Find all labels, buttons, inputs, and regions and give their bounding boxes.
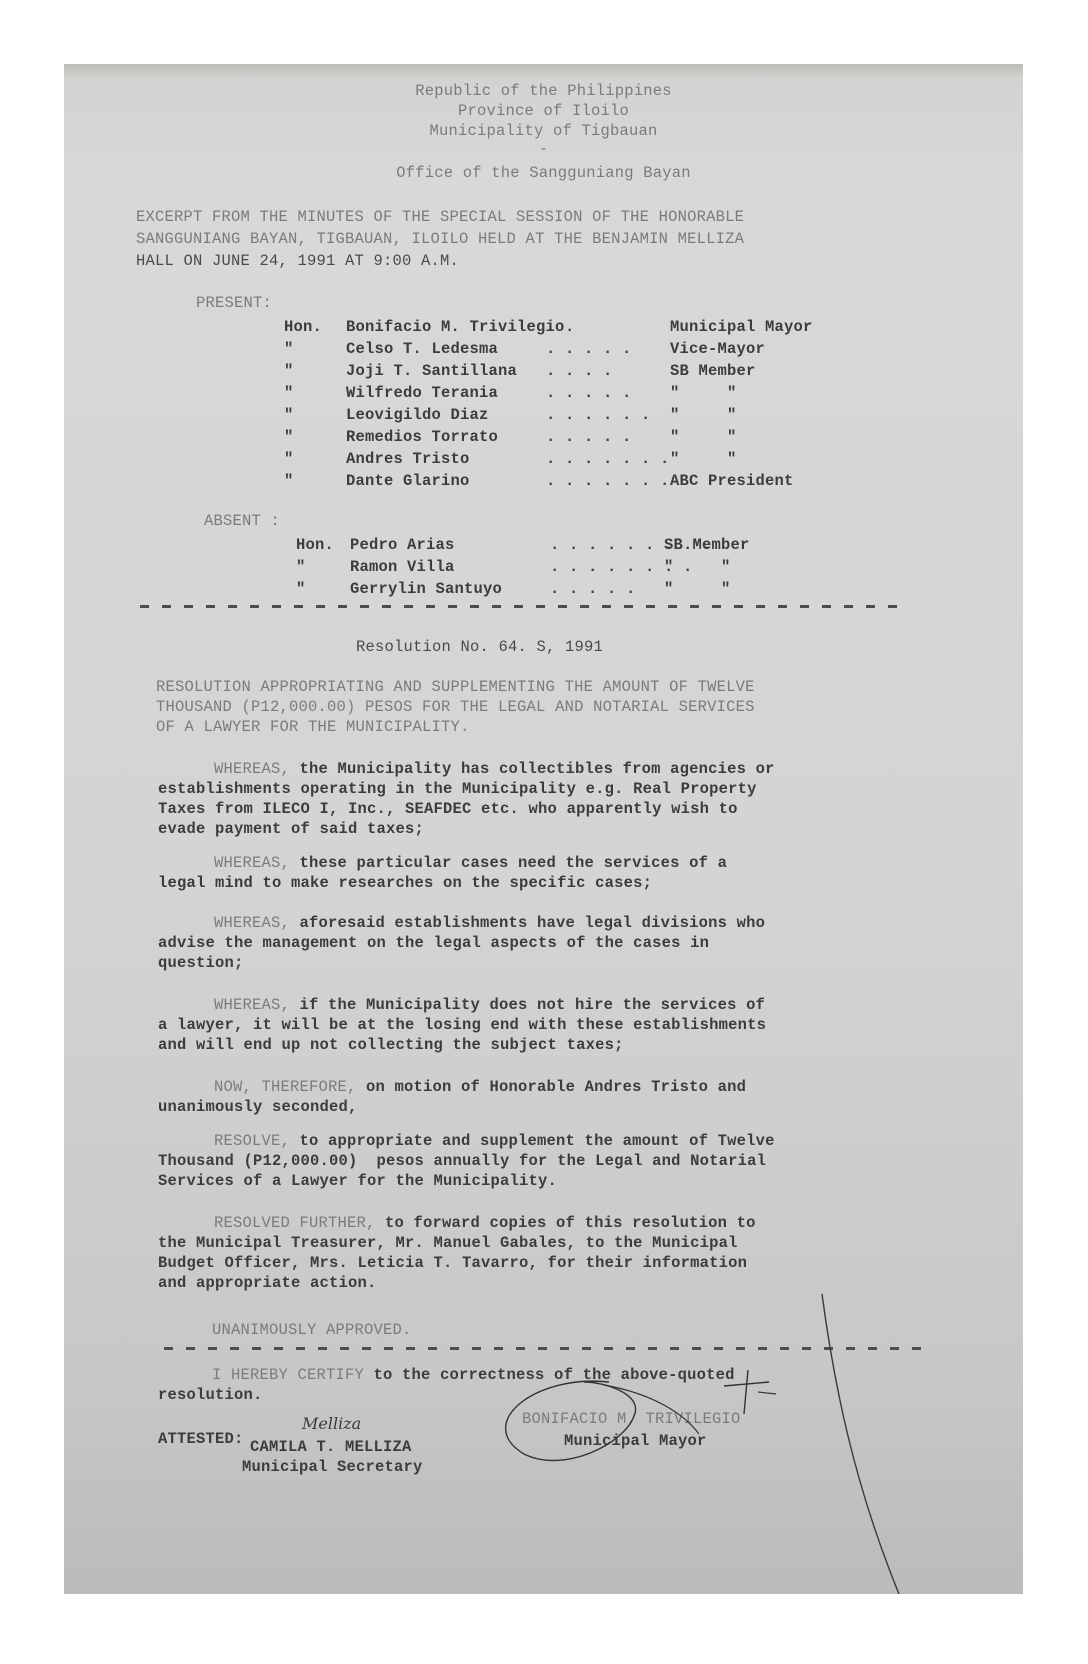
mayor-signature-strokes — [64, 64, 1023, 1594]
document-page: Republic of the Philippines Province of … — [64, 64, 1023, 1594]
